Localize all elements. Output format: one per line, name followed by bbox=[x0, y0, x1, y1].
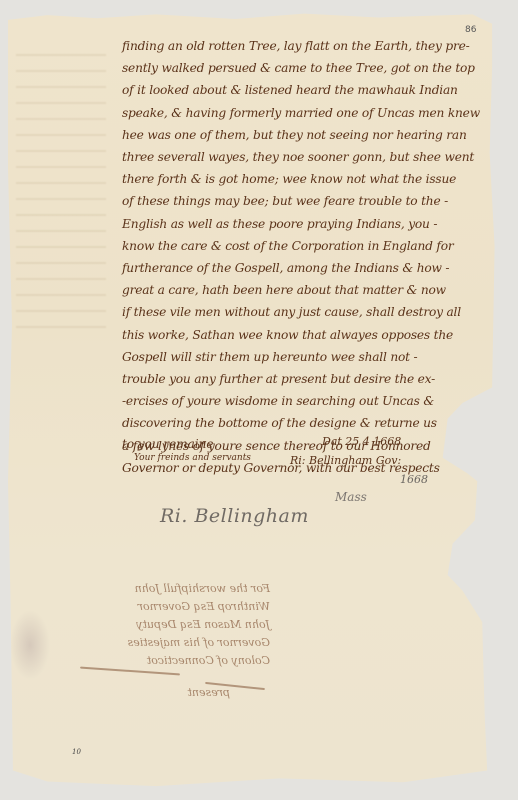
archive-name-annotation: Ri. Bellingham bbox=[160, 505, 309, 527]
body-line: furtherance of the Gospell, among the In… bbox=[122, 257, 492, 279]
body-line: discovering the bottome of the designe &… bbox=[122, 412, 492, 434]
page-number: 10 bbox=[72, 748, 81, 756]
mass-annotation: Mass bbox=[335, 490, 367, 504]
letter-body: finding an old rotten Tree, lay flatt on… bbox=[122, 35, 492, 479]
address-line: Governor of his majesties bbox=[70, 634, 270, 652]
folio-number: 86 bbox=[465, 25, 476, 35]
body-line: know the care & cost of the Corporation … bbox=[122, 235, 492, 257]
body-line: trouble you any further at present but d… bbox=[122, 368, 492, 390]
closing-remain: to you remaine bbox=[122, 437, 213, 451]
body-line: Gospell will stir them up hereunto wee s… bbox=[122, 346, 492, 368]
body-line: sently walked persued & came to thee Tre… bbox=[122, 57, 492, 79]
closing-servants: Your freinds and servants bbox=[134, 453, 251, 463]
body-line: English as well as these poore praying I… bbox=[122, 213, 492, 235]
body-line: finding an old rotten Tree, lay flatt on… bbox=[122, 35, 492, 57]
date-line: Dat 25 4 1668 bbox=[322, 435, 401, 448]
letter-closing: to you remaine Your freinds and servants… bbox=[122, 437, 482, 487]
address-line: John Mason Esq Deputy bbox=[70, 616, 270, 634]
signature: Ri: Bellingham Gov: bbox=[290, 454, 401, 467]
body-line: this worke, Sathan wee know that alwayes… bbox=[122, 324, 492, 346]
mirrored-address: For the worshipfull John Winthrop Esq Go… bbox=[70, 580, 270, 702]
body-line: if these vile men without any just cause… bbox=[122, 301, 492, 323]
body-line: hee was one of them, but they not seeing… bbox=[122, 124, 492, 146]
body-line: speake, & having formerly married one of… bbox=[122, 102, 492, 124]
body-line: great a care, hath been here about that … bbox=[122, 279, 492, 301]
body-line: there forth & is got home; wee know not … bbox=[122, 168, 492, 190]
body-line: -ercises of youre wisdome in searching o… bbox=[122, 390, 492, 412]
paper-stain bbox=[10, 610, 50, 680]
year-annotation: 1668 bbox=[400, 473, 428, 486]
body-line: of these things may bee; but wee feare t… bbox=[122, 190, 492, 212]
address-line: Winthrop Esq Governor bbox=[70, 598, 270, 616]
address-line: For the worshipfull John bbox=[70, 580, 270, 598]
ink-bleed-through bbox=[16, 40, 106, 340]
body-line: of it looked about & listened heard the … bbox=[122, 79, 492, 101]
body-line: three severall wayes, they noe sooner go… bbox=[122, 146, 492, 168]
